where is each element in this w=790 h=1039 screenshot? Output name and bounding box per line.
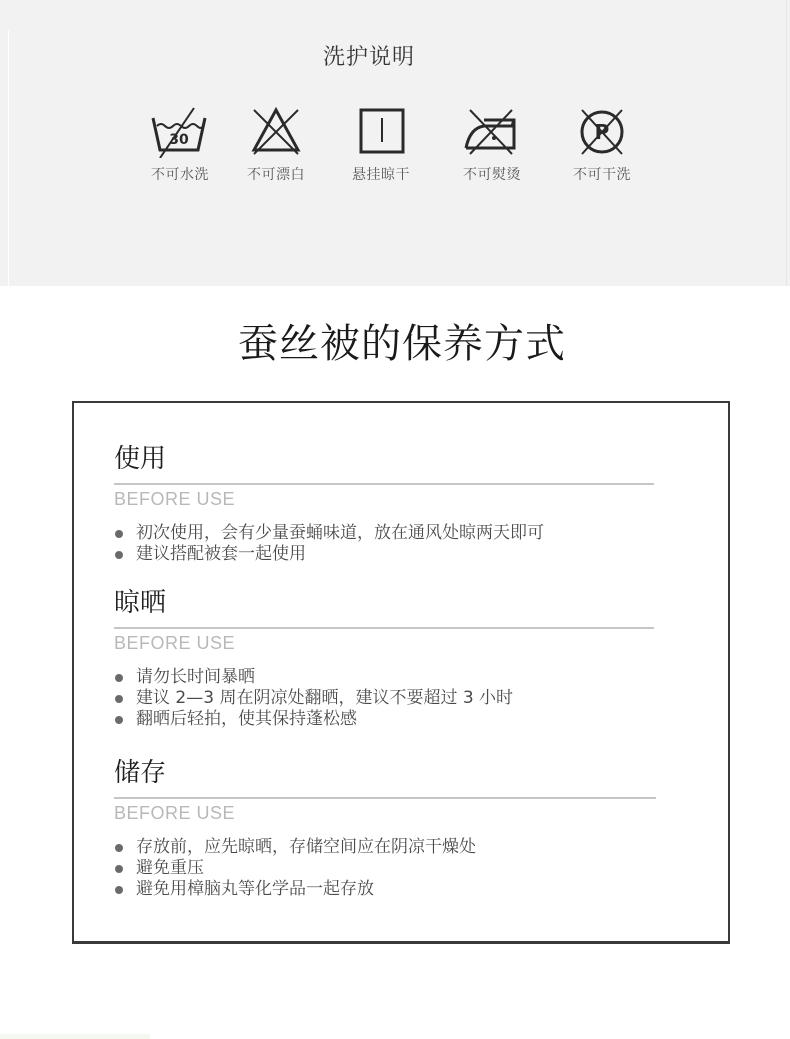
- section-heading: 使用: [114, 441, 654, 477]
- care-label-no-iron: 不可熨烫: [452, 164, 532, 184]
- section-subtitle: BEFORE USE: [114, 803, 656, 824]
- list-item: 避免重压: [114, 858, 656, 879]
- care-item-no-wash: 30 不可水洗: [140, 106, 220, 184]
- bullet-icon: [115, 530, 123, 538]
- care-label-no-bleach: 不可漂白: [236, 164, 316, 184]
- hang-dry-icon: [349, 106, 413, 158]
- section-subtitle: BEFORE USE: [114, 489, 654, 510]
- bottom-edge-strip: [0, 1034, 150, 1039]
- list-item-text: 存放前，应先晾晒，存储空间应在阴凉干燥处: [136, 837, 476, 857]
- bullet-icon: [115, 844, 123, 852]
- bullet-list: 存放前，应先晾晒，存储空间应在阴凉干燥处 避免重压 避免用樟脑丸等化学品一起存放: [114, 837, 656, 900]
- bullet-icon: [115, 551, 123, 559]
- bullet-icon: [115, 674, 123, 682]
- list-item: 建议搭配被套一起使用: [114, 544, 654, 565]
- list-item-text: 建议搭配被套一起使用: [136, 544, 306, 564]
- care-item-no-bleach: 不可漂白: [236, 106, 316, 184]
- list-item-text: 翻晒后轻拍，使其保持蓬松感: [136, 709, 357, 729]
- list-item-text: 建议 2—3 周在阴凉处翻晒，建议不要超过 3 小时: [136, 688, 513, 708]
- section-divider: [114, 797, 656, 799]
- bullet-list: 请勿长时间暴晒 建议 2—3 周在阴凉处翻晒，建议不要超过 3 小时 翻晒后轻拍…: [114, 667, 654, 730]
- list-item-text: 初次使用，会有少量蚕蛹味道，放在通风处晾两天即可: [136, 523, 544, 543]
- list-item: 翻晒后轻拍，使其保持蓬松感: [114, 709, 654, 730]
- bullet-icon: [115, 886, 123, 894]
- care-guide-box: 使用 BEFORE USE 初次使用，会有少量蚕蛹味道，放在通风处晾两天即可 建…: [72, 401, 730, 944]
- care-instructions-panel: 洗护说明 30 不可水洗 不可漂白 悬挂晾干: [0, 0, 790, 286]
- care-item-hang-dry: 悬挂晾干: [341, 106, 421, 184]
- care-item-no-dry-clean: P 不可干洗: [562, 106, 642, 184]
- page-title: 蚕丝被的保养方式: [0, 312, 790, 369]
- no-bleach-icon: [244, 106, 308, 158]
- list-item: 请勿长时间暴晒: [114, 667, 654, 688]
- care-label-no-wash: 不可水洗: [140, 164, 220, 184]
- no-wash-icon: 30: [148, 106, 212, 158]
- care-label-no-dry-clean: 不可干洗: [562, 164, 642, 184]
- list-item: 存放前，应先晾晒，存储空间应在阴凉干燥处: [114, 837, 656, 858]
- list-item: 避免用樟脑丸等化学品一起存放: [114, 879, 656, 900]
- panel-edge-right: [786, 0, 787, 286]
- no-dry-clean-icon: P: [570, 106, 634, 158]
- list-item-text: 避免用樟脑丸等化学品一起存放: [136, 879, 374, 899]
- care-label-hang-dry: 悬挂晾干: [341, 164, 421, 184]
- list-item-text: 请勿长时间暴晒: [136, 667, 255, 687]
- list-item-text: 避免重压: [136, 858, 204, 878]
- list-item: 初次使用，会有少量蚕蛹味道，放在通风处晾两天即可: [114, 523, 654, 544]
- section-subtitle: BEFORE USE: [114, 633, 654, 654]
- bullet-list: 初次使用，会有少量蚕蛹味道，放在通风处晾两天即可 建议搭配被套一起使用: [114, 523, 654, 565]
- bullet-icon: [115, 695, 123, 703]
- list-item: 建议 2—3 周在阴凉处翻晒，建议不要超过 3 小时: [114, 688, 654, 709]
- care-item-no-iron: 不可熨烫: [452, 106, 532, 184]
- bullet-icon: [115, 716, 123, 724]
- no-iron-icon: [460, 106, 524, 158]
- section-storage: 储存 BEFORE USE 存放前，应先晾晒，存储空间应在阴凉干燥处 避免重压 …: [114, 755, 656, 900]
- section-use: 使用 BEFORE USE 初次使用，会有少量蚕蛹味道，放在通风处晾两天即可 建…: [114, 441, 654, 565]
- section-heading: 储存: [114, 755, 656, 791]
- section-divider: [114, 627, 654, 629]
- section-drying: 晾晒 BEFORE USE 请勿长时间暴晒 建议 2—3 周在阴凉处翻晒，建议不…: [114, 585, 654, 730]
- section-heading: 晾晒: [114, 585, 654, 621]
- care-instructions-title: 洗护说明: [0, 40, 738, 71]
- bullet-icon: [115, 865, 123, 873]
- section-divider: [114, 483, 654, 485]
